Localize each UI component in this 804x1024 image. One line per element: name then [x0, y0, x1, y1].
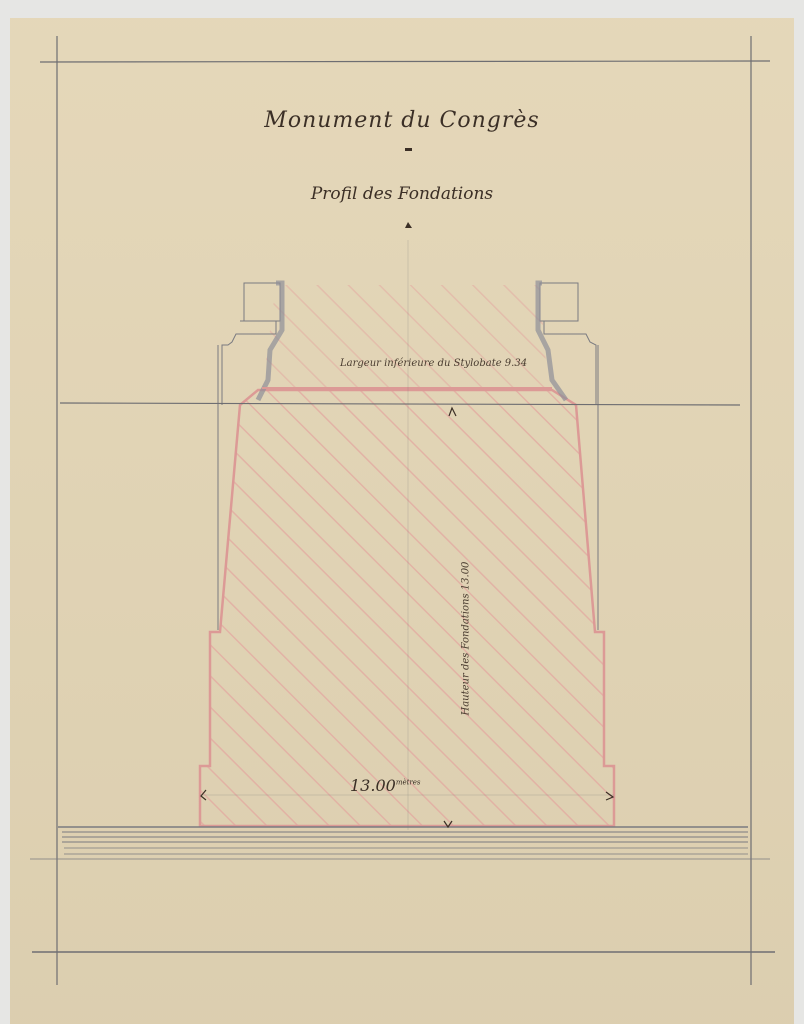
ground-lines [30, 827, 770, 859]
base-width-label: 13.00mètres [350, 776, 421, 795]
foundation-height-label: Hauteur des Fondations 13.00 [461, 576, 472, 716]
stylobate-width-label: Largeur inférieure du Stylobate 9.34 [340, 358, 527, 369]
drawing-subtitle: Profil des Fondations [0, 184, 804, 204]
drawing-title: Monument du Congrès [0, 108, 804, 133]
stylobate-hatch [262, 285, 548, 390]
base-width-unit: mètres [396, 779, 421, 787]
foundation-body [200, 390, 614, 826]
base-width-value: 13.00 [350, 776, 396, 795]
foundation-profile-drawing [0, 0, 804, 1024]
